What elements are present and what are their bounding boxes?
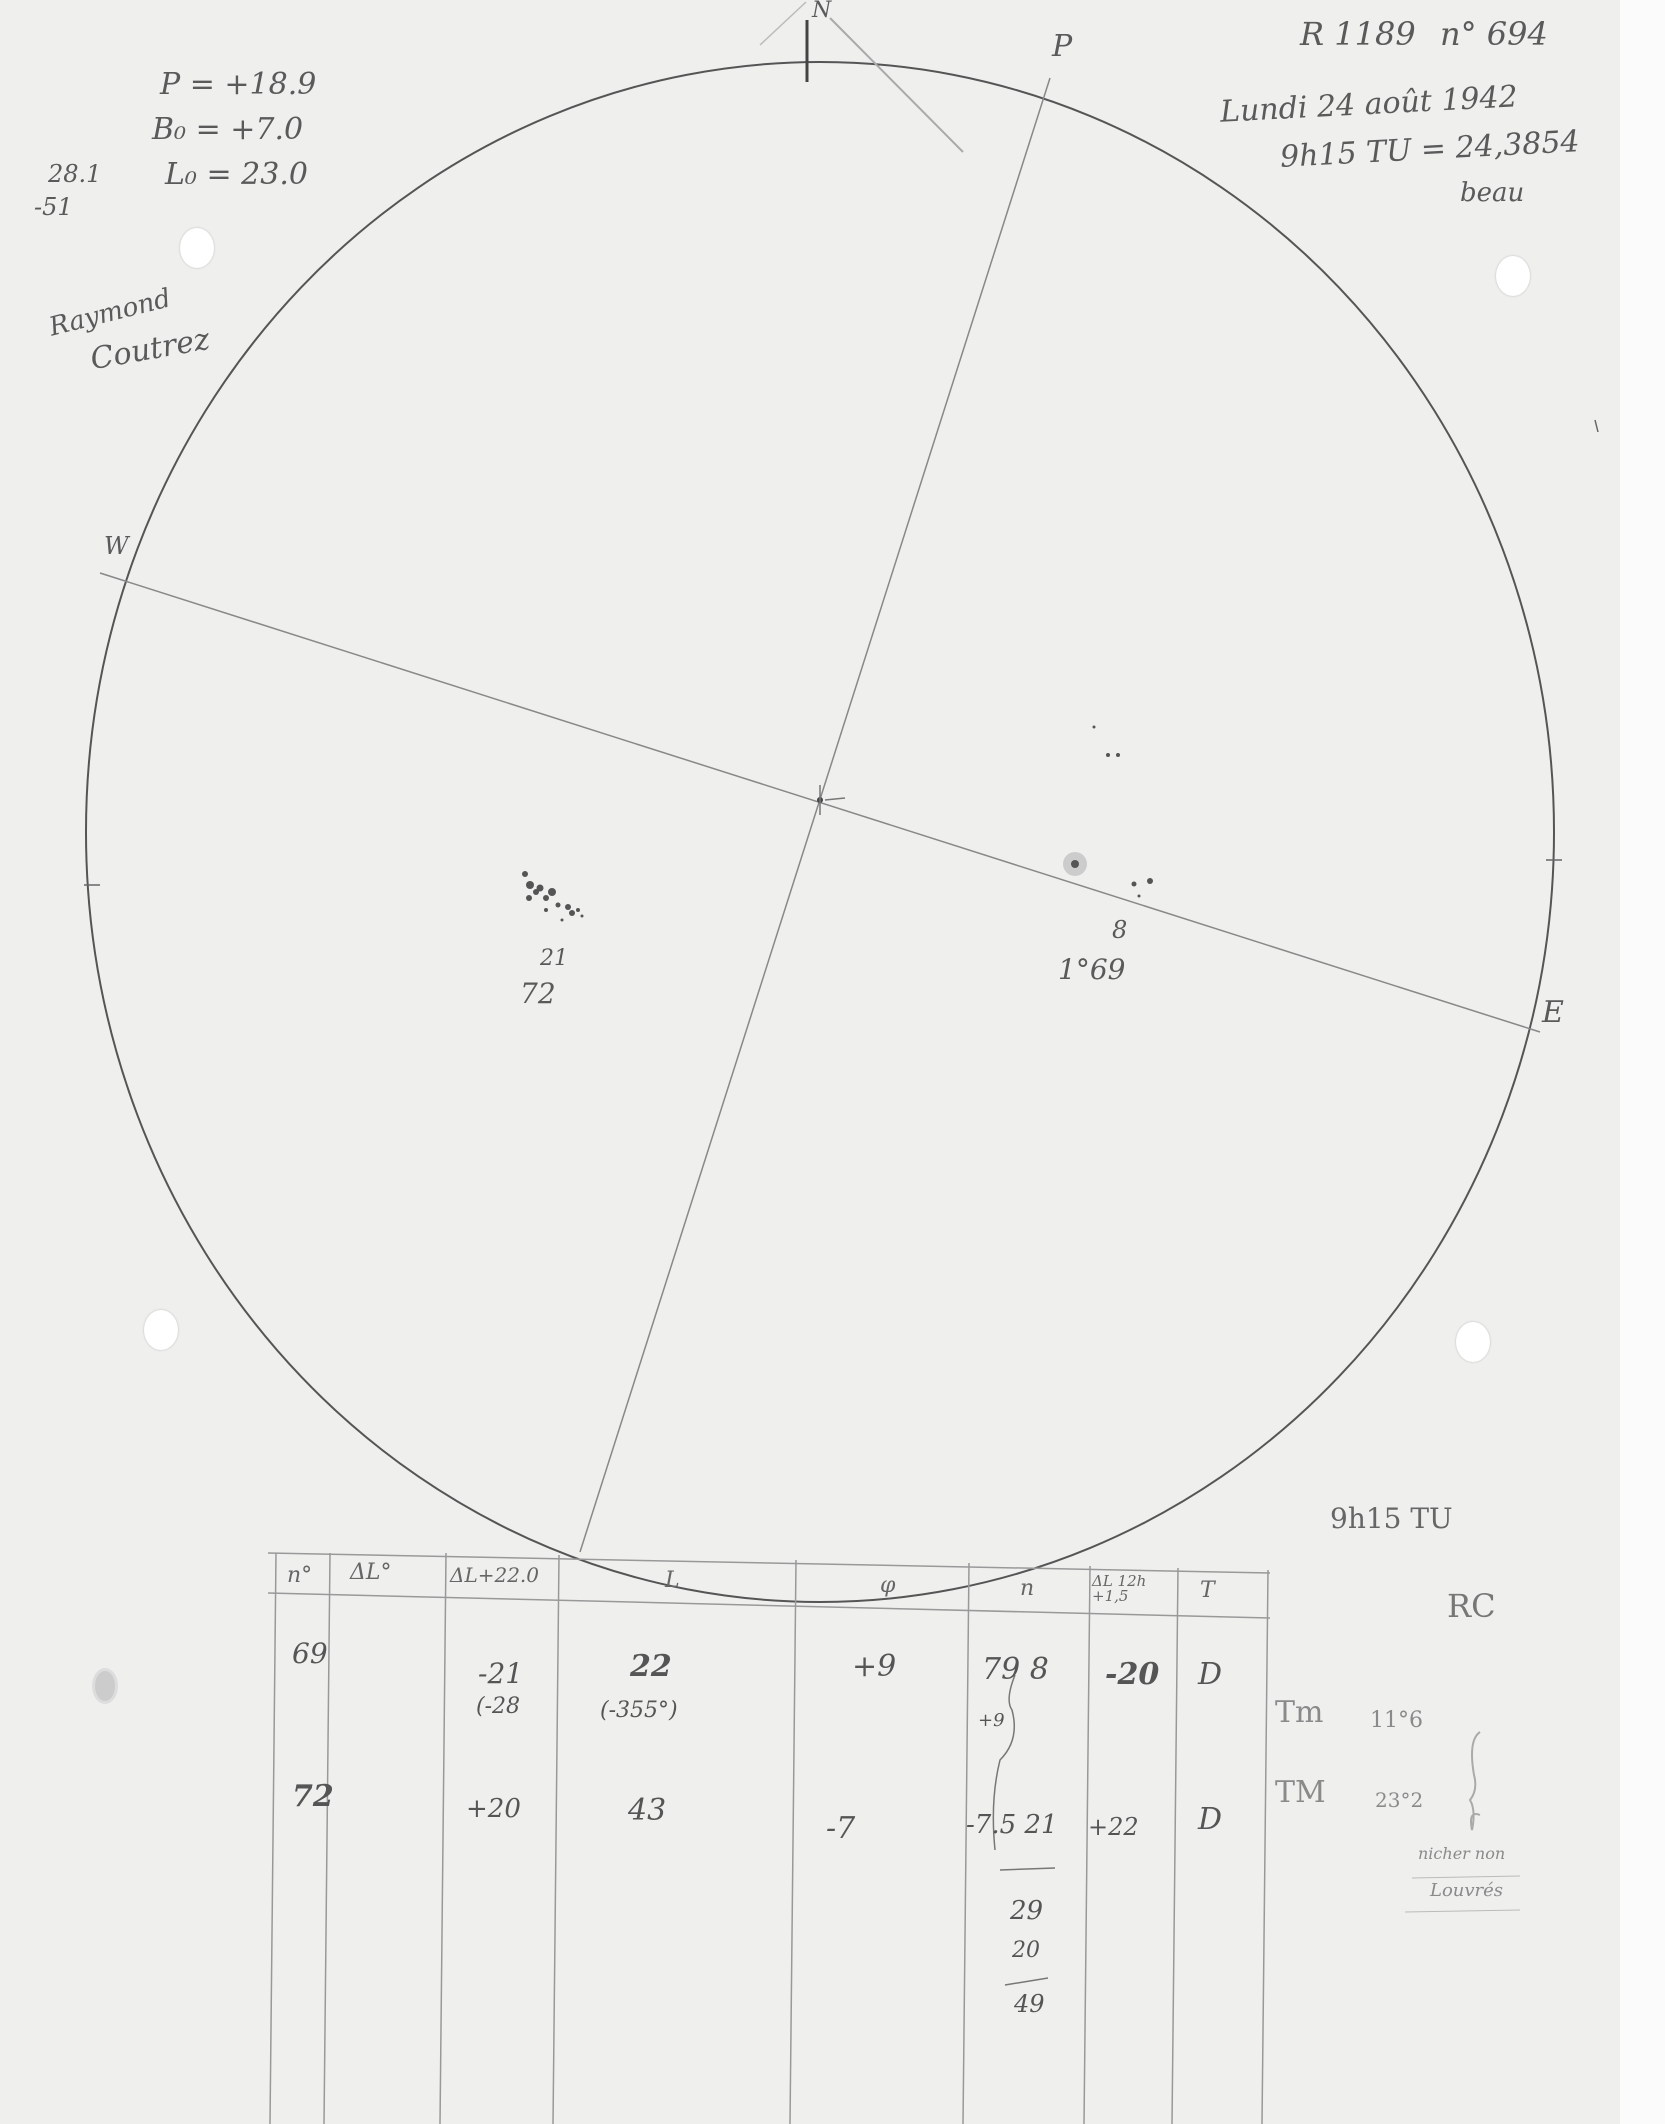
row-72-dl12: +22 [1088, 1815, 1139, 1839]
pole-label: P [1052, 32, 1072, 62]
table-header-phi: φ [880, 1575, 895, 1597]
sheet-number: n° 694 [1440, 18, 1548, 50]
polar-axis-line [580, 78, 1050, 1552]
table-header-dl12: ΔL 12h +1,5 [1092, 1574, 1172, 1604]
row-69-dl-plus: -21 [478, 1660, 523, 1688]
row-72-phi: -7 [826, 1814, 855, 1844]
row-72-type: D [1198, 1805, 1222, 1835]
row-69-phi: +9 [852, 1652, 896, 1682]
sheet-reference: R 1189 [1300, 18, 1416, 50]
group-72-count: 21 [540, 948, 568, 970]
count-sum-b: 20 [1012, 1940, 1040, 1962]
temp-min-label: Tm [1275, 1698, 1323, 1728]
row-72-number: 72 [292, 1782, 334, 1812]
temp-min-value: 11°6 [1370, 1710, 1423, 1732]
north-label: N [812, 0, 831, 22]
count-sum-total: 49 [1014, 1992, 1045, 2016]
west-label: W [104, 534, 129, 558]
row-69-dl-plus-note: (-28 [476, 1696, 520, 1718]
ephemeris-l0: L₀ = 23.0 [165, 160, 308, 190]
row-69-l-note: (-355°) [600, 1700, 678, 1722]
count-sum-a: 29 [1010, 1898, 1043, 1924]
row-72-dl-plus: +20 [466, 1796, 521, 1822]
row-69-type: D [1198, 1660, 1222, 1690]
remark-line-2: Louvrés [1430, 1882, 1503, 1900]
row-69-number: 69 [292, 1640, 328, 1668]
margin-number: 28.1 [48, 162, 101, 186]
margin-number: -51 [34, 195, 73, 219]
row-72-l: 43 [628, 1796, 666, 1826]
group-69-count: 8 [1112, 918, 1127, 942]
table-header-type: T [1200, 1580, 1215, 1602]
ephemeris-p: P = +18.9 [160, 70, 316, 100]
side-initials: RC [1447, 1590, 1496, 1622]
east-label: E [1542, 998, 1564, 1028]
row-69-count: 79 8 [982, 1655, 1049, 1685]
temp-max-label: TM [1275, 1778, 1326, 1808]
table-header-count: n [1020, 1578, 1034, 1600]
group-69-number: 1°69 [1058, 956, 1125, 984]
solar-disk-outline [86, 62, 1554, 1602]
row-69-dl12: -20 [1105, 1660, 1159, 1690]
sunspot-group-72 [522, 871, 584, 922]
table-header-l: L [665, 1570, 680, 1592]
row-72-count: -7.5 21 [966, 1812, 1057, 1838]
temp-max-value: 23°2 [1375, 1790, 1423, 1810]
sunspot-group-69 [1063, 726, 1153, 898]
ephemeris-b0: B₀ = +7.0 [152, 115, 303, 145]
paper-stain [92, 1668, 118, 1704]
sky-quality: beau [1460, 180, 1524, 206]
table-header-dl: ΔL° [350, 1562, 392, 1584]
side-time: 9h15 TU [1330, 1505, 1453, 1533]
table-header-dl-plus: ΔL+22.0 [450, 1565, 539, 1585]
row-69-l: 22 [630, 1652, 672, 1682]
group-72-number: 72 [520, 980, 556, 1008]
table-header-n: n° [287, 1565, 312, 1587]
remark-line-1: nicher non [1418, 1846, 1505, 1862]
row-69-count-note: +9 [978, 1712, 1005, 1730]
